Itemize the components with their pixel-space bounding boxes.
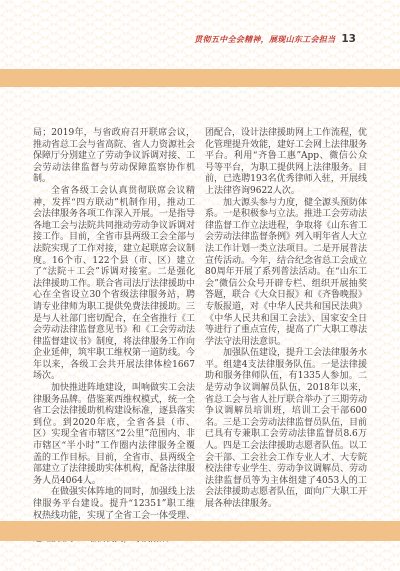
page-header: 贯彻五中全会精神，展现山东工会担当 13 bbox=[194, 33, 356, 45]
magazine-page: 贯彻五中全会精神，展现山东工会担当 13 局；2019年，与省政府召开联席会议，… bbox=[0, 0, 400, 571]
article-column-right: 团配合，设计法律援助网上工作流程，优化管理提升效能，建好工会网上法律服务平台。利… bbox=[205, 128, 367, 545]
paragraph: 团配合，设计法律援助网上工作流程，优化管理提升效能，建好工会网上法律服务平台。利… bbox=[205, 128, 367, 198]
paragraph: 加强队伍建设，提升工会法律服务水平。组建4支法律服务队伍。一是法律援助和服务律师… bbox=[205, 348, 367, 510]
article-body: 局；2019年，与省政府召开联席会议，推动省总工会与省高院、省人力资源社会保障厅… bbox=[33, 128, 367, 545]
top-divider-bar bbox=[0, 69, 400, 87]
bottom-divider-bar bbox=[0, 521, 400, 541]
article-column-left: 局；2019年，与省政府召开联席会议，推动省总工会与省高院、省人力资源社会保障厅… bbox=[33, 128, 195, 545]
paragraph: 局；2019年，与省政府召开联席会议，推动省总工会与省高院、省人力资源社会保障厅… bbox=[33, 128, 195, 186]
paragraph: 加大源头参与力度，健全源头预防体系。一是积极参与立法。推进工会劳动法律监督工作立… bbox=[205, 198, 367, 349]
header-slogan: 贯彻五中全会精神，展现山东工会担当 bbox=[194, 34, 335, 45]
page-number: 13 bbox=[341, 33, 356, 45]
paragraph: 全省各级工会认真贯彻联席会议精神，发挥“四方联动”机制作用，推动工会法律服务各项… bbox=[33, 186, 195, 383]
paragraph: 加快推进阵地建设，叫响做实工会法律服务品牌。借鉴莱西维权模式，统一全省工会法律援… bbox=[33, 383, 195, 487]
